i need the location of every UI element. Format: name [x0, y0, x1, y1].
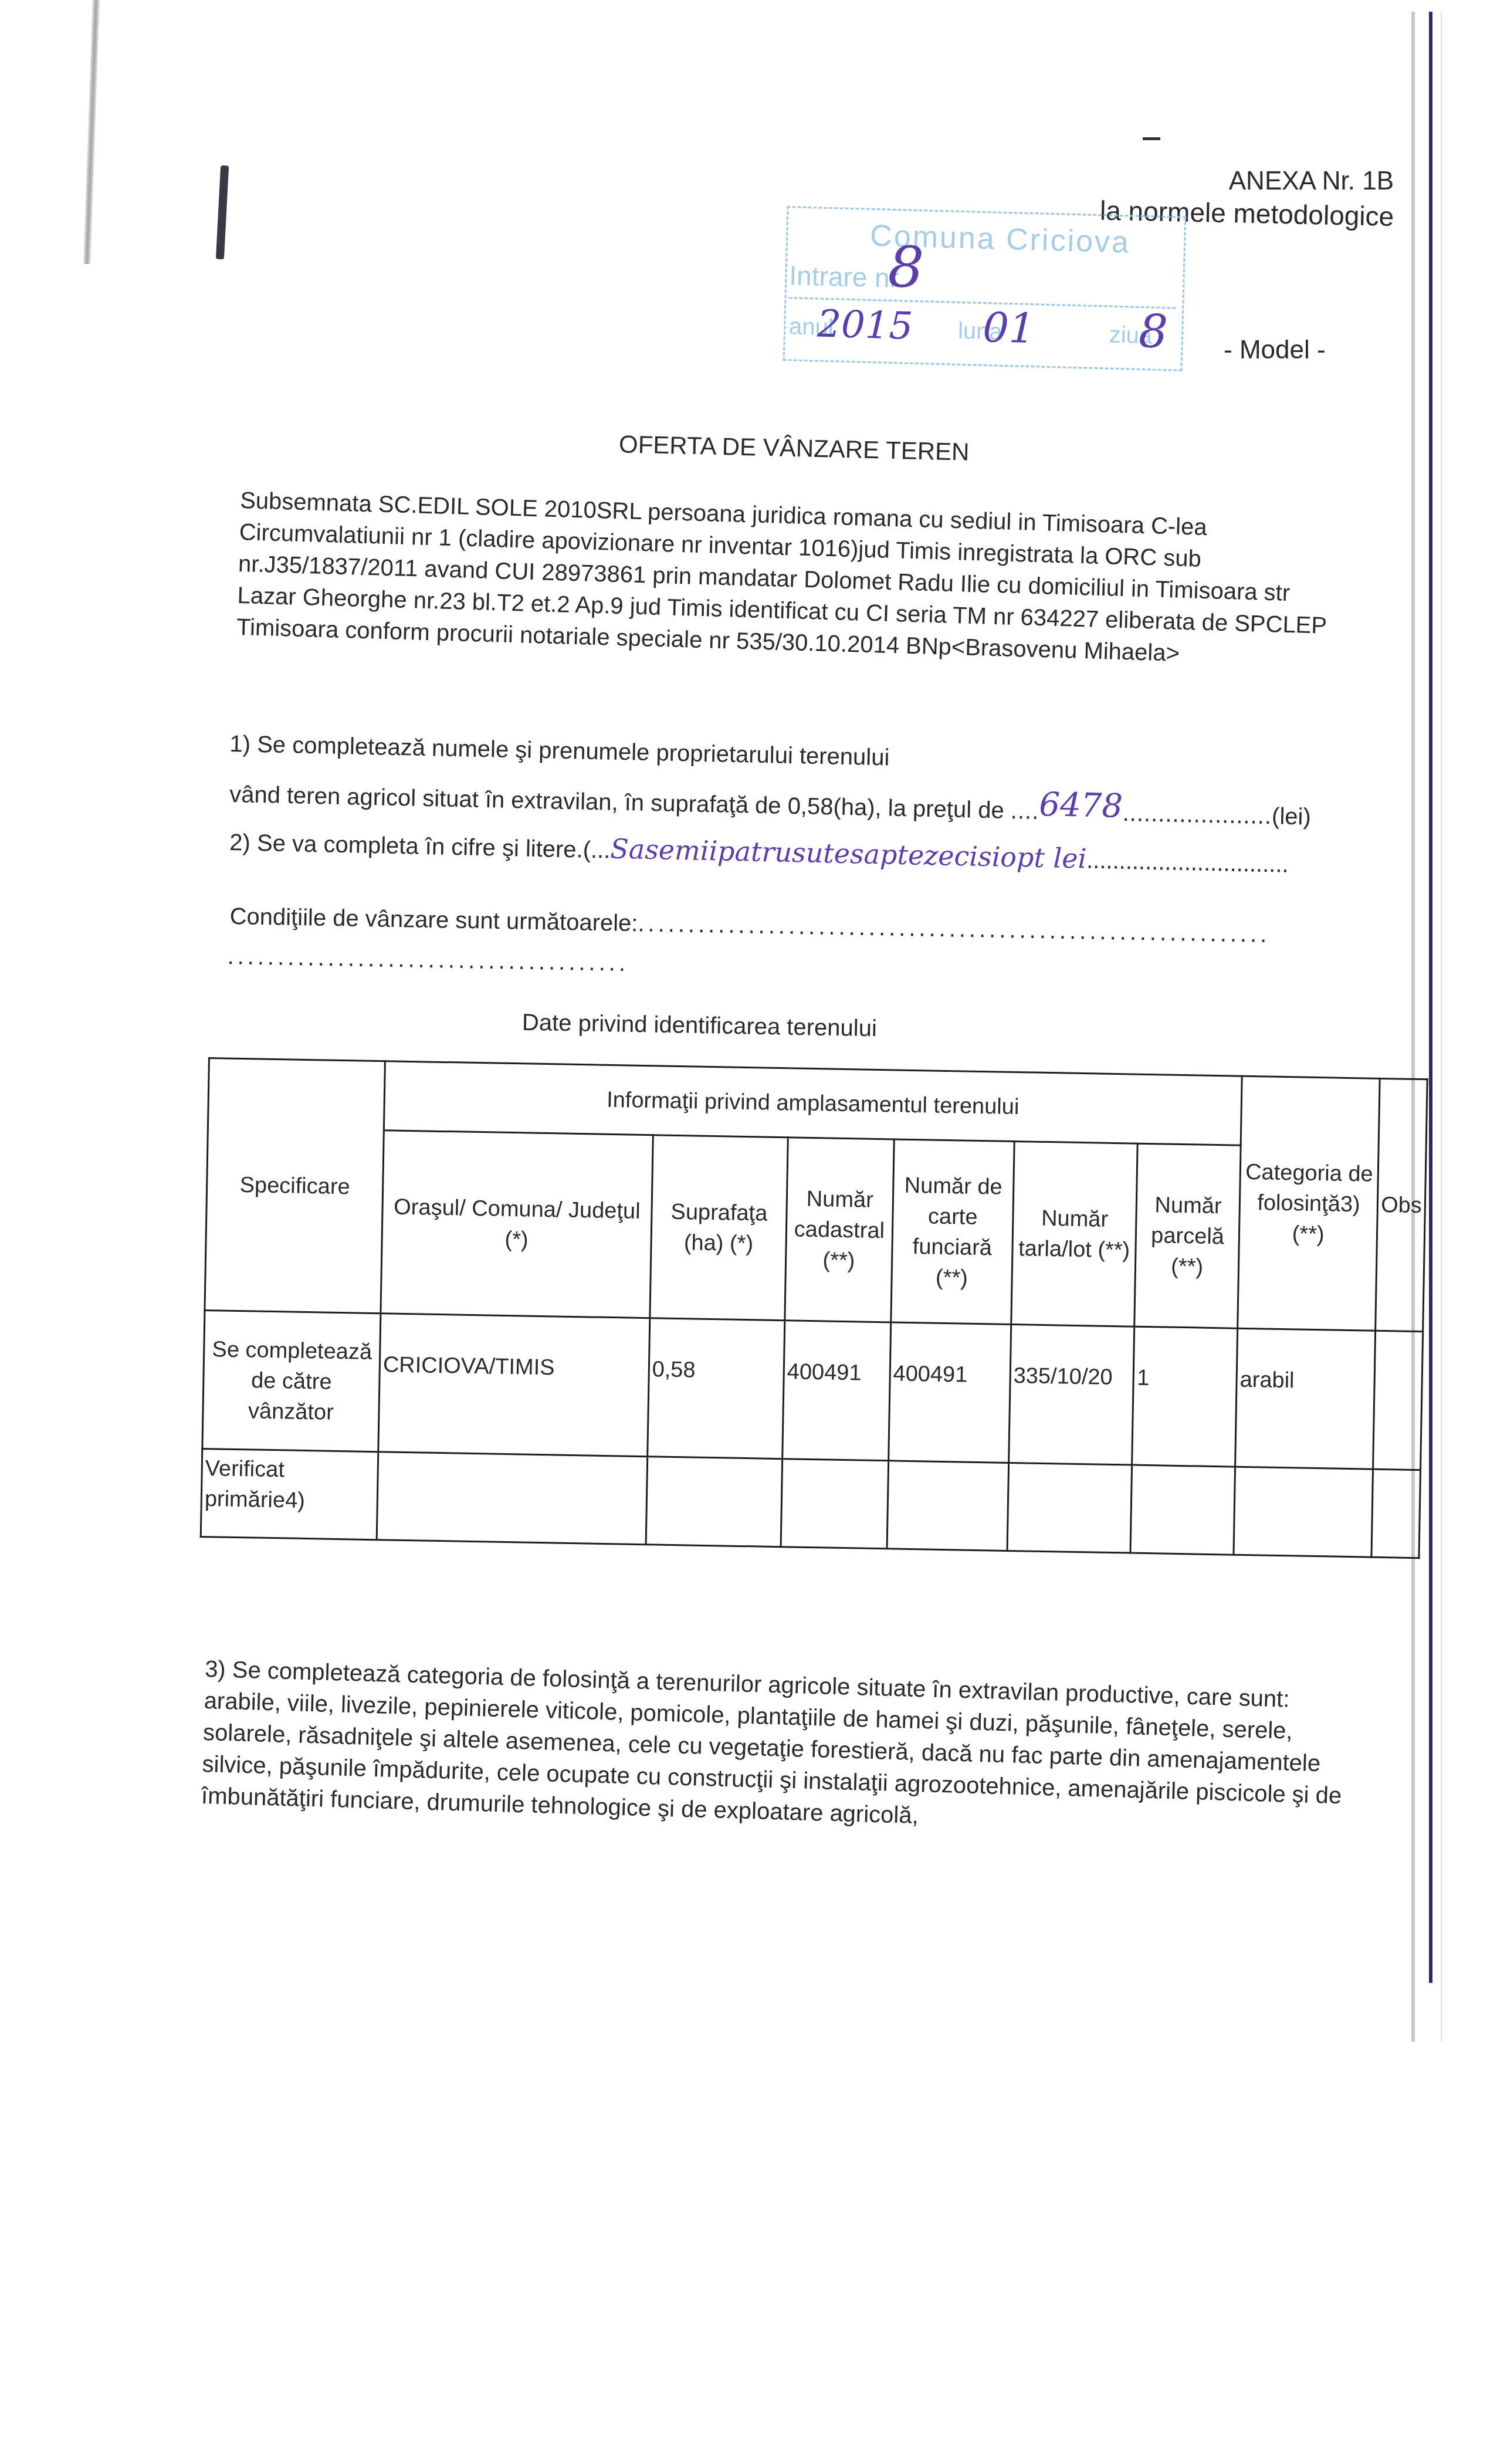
column-header-category: Categoria de folosinţă3) (**)	[1238, 1076, 1380, 1331]
seller-identification-paragraph: Subsemnata SC.EDIL SOLE 2010SRL persoana…	[236, 485, 1354, 674]
sale-conditions-field-line2[interactable]: ........................................	[227, 943, 629, 977]
dots: ...	[591, 837, 611, 864]
column-header-parcel: Număr parcelă (**)	[1134, 1143, 1241, 1328]
column-header-obs: Obs	[1376, 1078, 1427, 1331]
cell-parcel[interactable]: 1	[1132, 1326, 1238, 1467]
sale-conditions-field[interactable]: ........................................…	[638, 911, 1271, 947]
cell-obs[interactable]	[1373, 1331, 1423, 1470]
stamp-year-value: 2015	[817, 303, 913, 348]
cell-land-book[interactable]: 400491	[888, 1322, 1011, 1463]
cell-locality[interactable]: CRICIOVA/TIMIS	[378, 1314, 650, 1457]
column-header-land-book: Număr de carte funciară (**)	[891, 1139, 1015, 1325]
cell-area[interactable]	[646, 1457, 783, 1547]
currency-label: (lei)	[1272, 803, 1312, 830]
table-caption: Date privind identificarea terenului	[522, 1010, 877, 1043]
dots: ....	[1010, 798, 1039, 824]
column-header-plot-lot: Număr tarla/lot (**)	[1011, 1142, 1138, 1327]
dots: ...............................	[1086, 848, 1289, 878]
cell-parcel[interactable]	[1130, 1465, 1235, 1555]
sale-line-text: vând teren agricol situat în extravilan,…	[229, 781, 1011, 824]
column-header-area: Suprafaţa (ha) (*)	[650, 1135, 788, 1321]
dots: .....................	[1122, 800, 1272, 829]
staple-mark	[216, 165, 229, 260]
price-words-field[interactable]: Sasemiipatrusutesaptezecisiopt lei	[610, 833, 1087, 875]
land-identification-table: Specificare Informaţii privind amplasame…	[200, 1057, 1428, 1559]
cell-cadastral[interactable]	[781, 1459, 888, 1549]
stamp-day-value: 8	[1138, 305, 1169, 358]
stamp-month-value: 01	[982, 303, 1035, 353]
dash-mark	[1143, 137, 1160, 140]
note-1: 1) Se completează numele şi prenumele pr…	[229, 731, 890, 771]
page-edge-line-faint	[1441, 12, 1442, 2042]
cell-obs[interactable]	[1371, 1469, 1420, 1558]
column-header-cadastral: Număr cadastral (**)	[785, 1138, 894, 1322]
stamp-entry-number: 8	[887, 234, 924, 301]
row-label-seller: Se completează de către vânzător	[202, 1310, 381, 1451]
cell-locality[interactable]	[377, 1452, 647, 1545]
page-edge-line	[1411, 12, 1415, 2042]
table-row: Se completează de către vânzător CRICIOV…	[202, 1310, 1423, 1470]
page-edge-line-blue	[1429, 12, 1432, 1983]
footnote-3: 3) Se completează categoria de folosinţă…	[201, 1653, 1372, 1844]
price-words-line: 2) Se va completa în cifre şi litere.(..…	[229, 825, 1289, 879]
cell-cadastral[interactable]: 400491	[783, 1321, 891, 1461]
cell-category[interactable]: arabil	[1235, 1328, 1376, 1469]
cell-plot-lot[interactable]	[1007, 1463, 1132, 1553]
sale-conditions-label: Condiţiile de vânzare sunt următoarele:	[229, 903, 638, 936]
cell-category[interactable]	[1234, 1467, 1373, 1557]
cell-plot-lot[interactable]: 335/10/20	[1009, 1324, 1135, 1465]
cell-area[interactable]: 0,58	[648, 1318, 785, 1459]
registration-stamp: Comuna Criciova Intrare nr. anul luna zi…	[783, 206, 1187, 371]
sale-price-line: vând teren agricol situat în extravilan,…	[229, 772, 1312, 833]
annex-number: ANEXA Nr. 1B	[1229, 167, 1394, 196]
scan-edge-shadow	[83, 0, 100, 264]
price-digits-field[interactable]: 6478	[1039, 786, 1123, 825]
cell-land-book[interactable]	[887, 1461, 1009, 1551]
sale-conditions-line: Condiţiile de vânzare sunt următoarele:.…	[229, 903, 1271, 948]
column-header-specificare: Specificare	[205, 1058, 385, 1314]
column-header-locality: Oraşul/ Comuna/ Judeţul (*)	[381, 1131, 653, 1318]
price-words-label: 2) Se va completa în cifre şi litere.(	[229, 830, 591, 863]
model-label: - Model -	[1224, 336, 1326, 365]
row-label-verified: Verificat primărie4)	[201, 1448, 378, 1539]
document-title: OFERTA DE VÂNZARE TEREN	[619, 430, 970, 466]
